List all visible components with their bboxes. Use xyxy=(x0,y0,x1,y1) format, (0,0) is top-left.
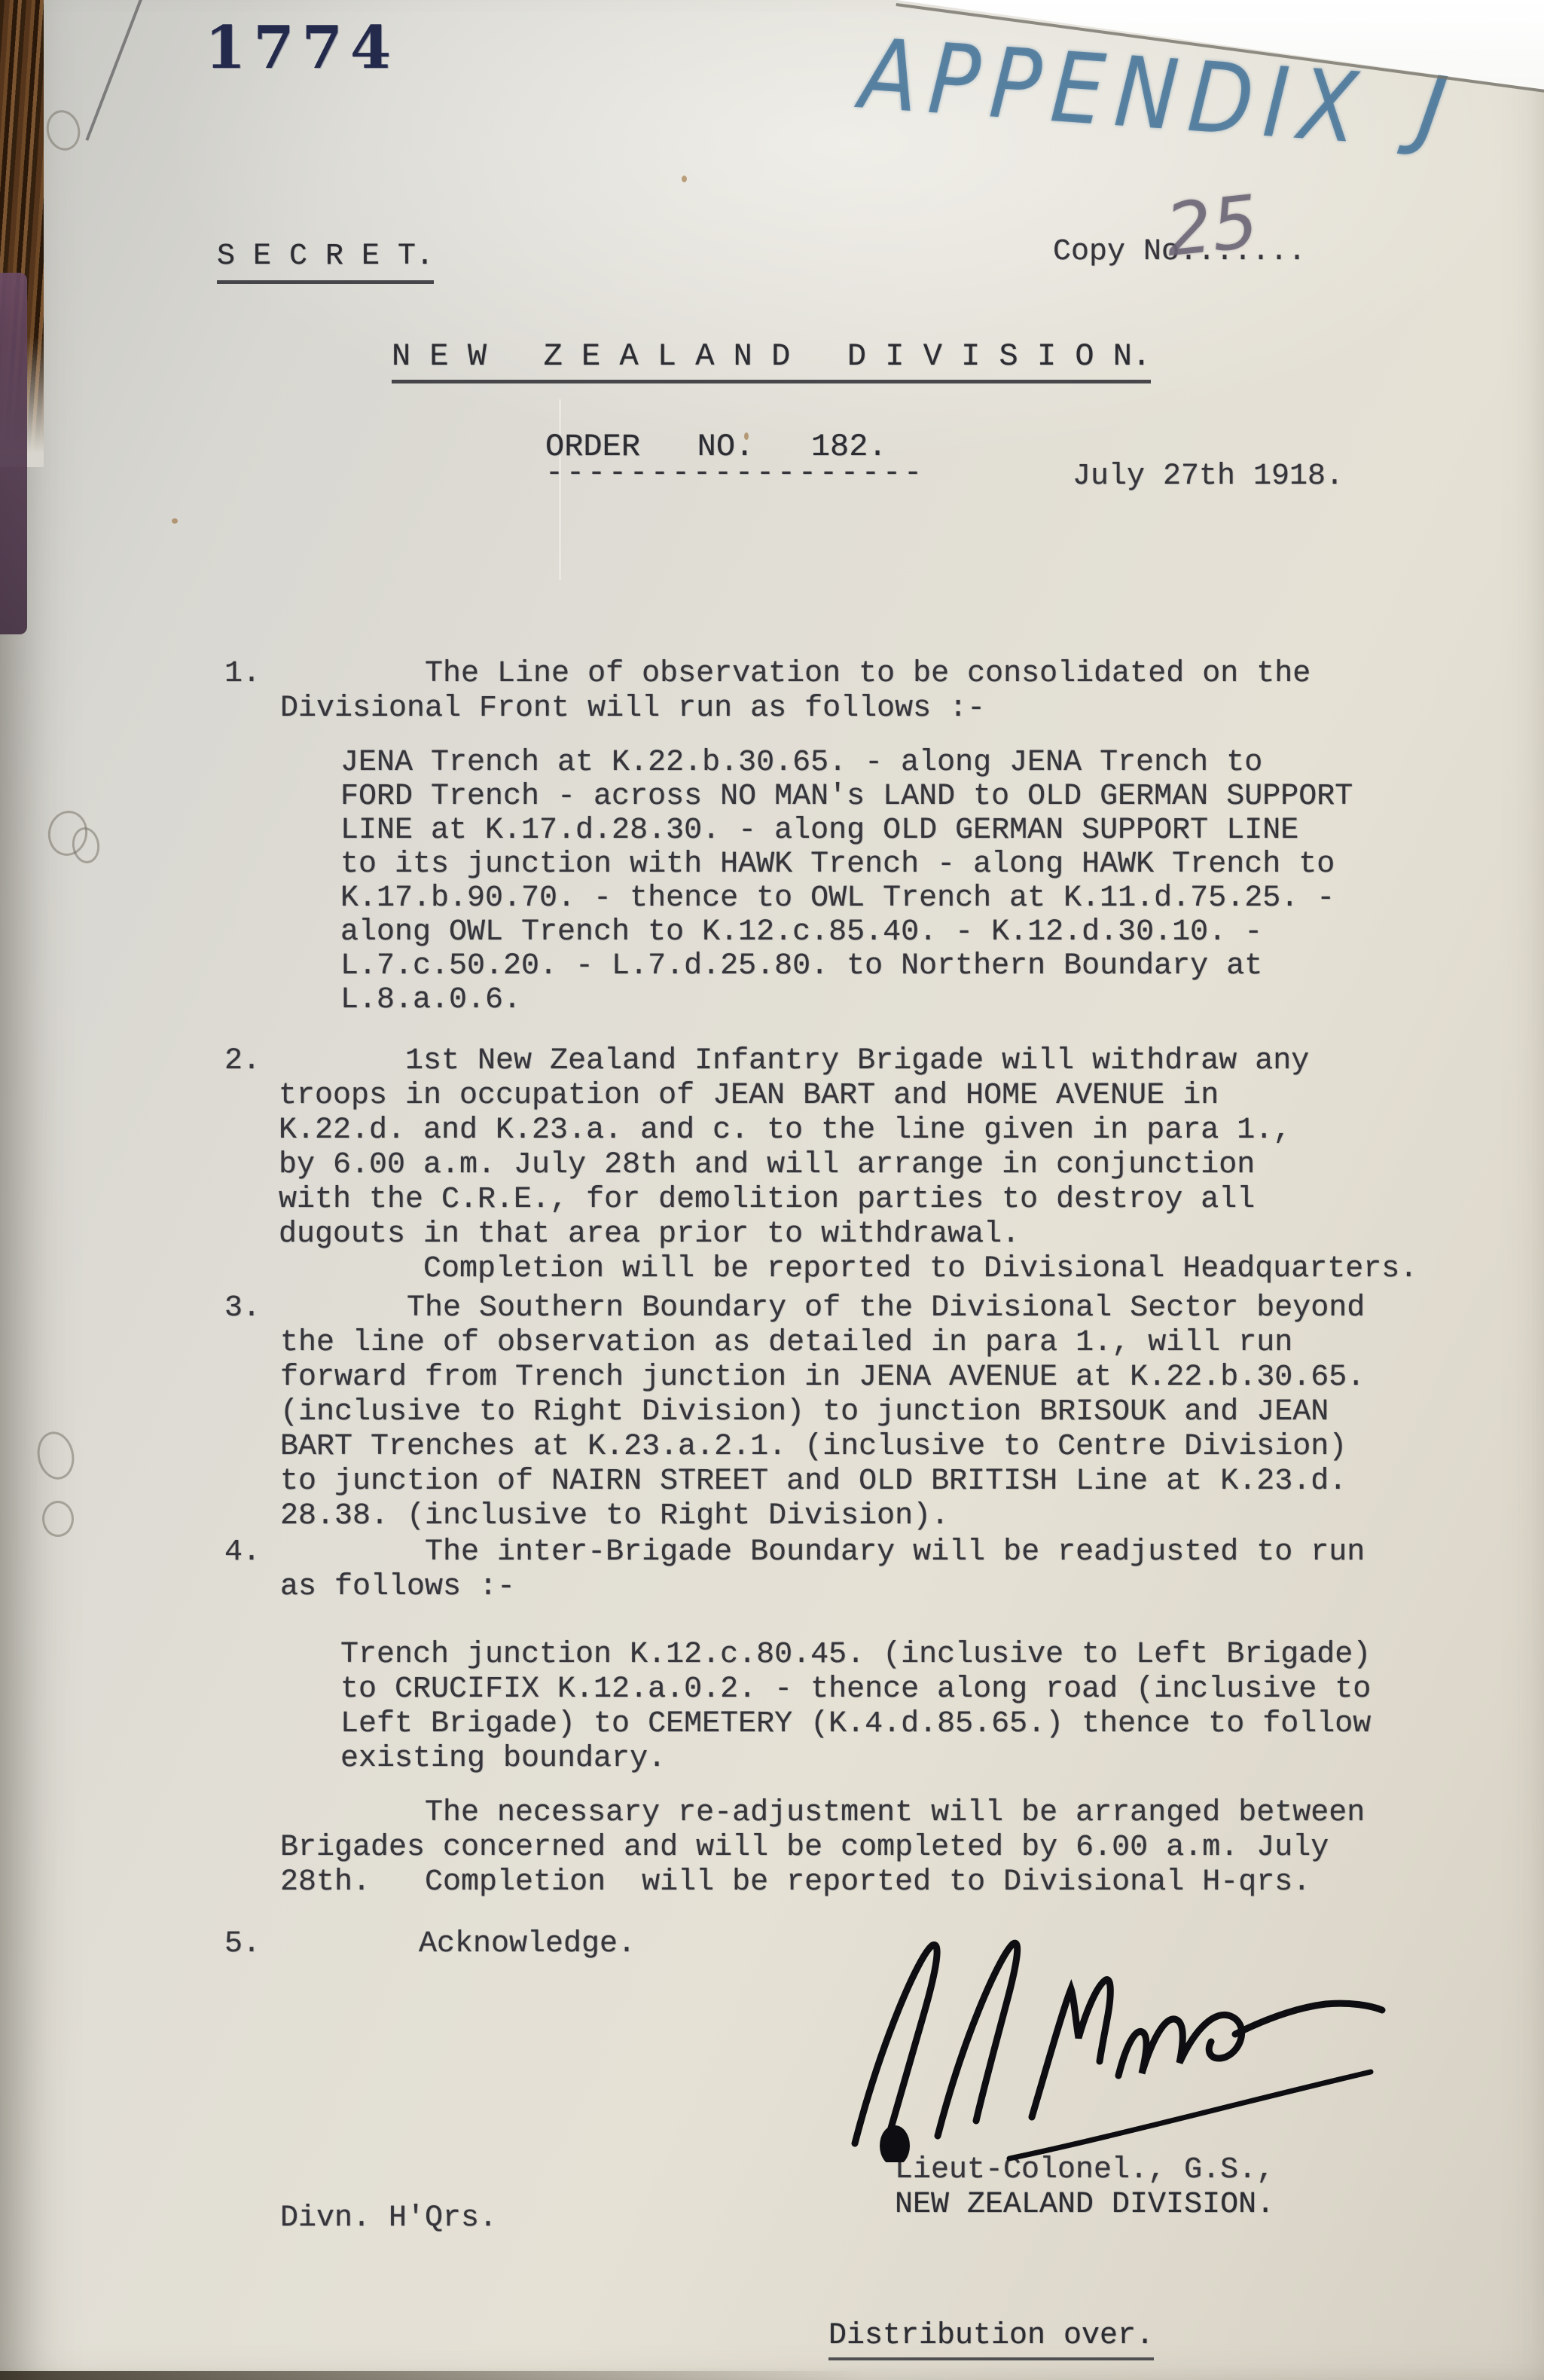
division-title: N E W Z E A L A N D D I V I S I O N. xyxy=(392,339,1151,383)
punch-hole-mark xyxy=(33,1428,78,1483)
para-4-text: The inter-Brigade Boundary will be readj… xyxy=(280,1535,1365,1605)
para-4-boundary-route: Trench junction K.12.c.80.45. (inclusive… xyxy=(340,1638,1371,1777)
origin-divn-hqrs: Divn. H'Qrs. xyxy=(280,2201,497,2236)
order-underline: ------------------ xyxy=(545,457,925,491)
para-1-number: 1. xyxy=(224,657,261,692)
ink-blot xyxy=(880,2125,910,2162)
pencil-slash-mark xyxy=(85,0,143,141)
classification-secret: S E C R E T. xyxy=(217,240,434,284)
para-2-text: 1st New Zealand Infantry Brigade will wi… xyxy=(279,1044,1417,1287)
handwritten-signature xyxy=(783,1914,1393,2162)
scanned-document-page: 1774 APPENDIX J 78 S E C R E T. Copy No.… xyxy=(0,0,1544,2380)
distribution-note: Distribution over. xyxy=(828,2319,1154,2360)
stamp-1774: 1774 xyxy=(205,14,398,82)
stain-dot xyxy=(172,518,178,524)
punch-hole-mark xyxy=(42,1501,74,1537)
para-5-number: 5. xyxy=(224,1927,261,1962)
para-3-text: The Southern Boundary of the Divisional … xyxy=(280,1291,1365,1534)
stain-dot xyxy=(682,176,687,182)
copy-no-value: 25 xyxy=(1161,179,1262,273)
para-1-trench-route: JENA Trench at K.22.b.30.65. - along JEN… xyxy=(340,746,1353,1017)
para-2-number: 2. xyxy=(224,1044,261,1079)
order-date: July 27th 1918. xyxy=(1073,460,1344,494)
para-1-text: The Line of observation to be consolidat… xyxy=(280,657,1311,726)
para-4-number: 4. xyxy=(224,1535,261,1570)
punch-hole-mark xyxy=(42,106,84,154)
para-5-text: Acknowledge. xyxy=(419,1927,636,1962)
purple-binding-strip xyxy=(0,273,27,634)
signatory-unit: NEW ZEALAND DIVISION. xyxy=(895,2188,1274,2223)
para-3-number: 3. xyxy=(224,1291,261,1326)
bottom-edge-shadow xyxy=(0,2371,866,2380)
para-4-completion-text: The necessary re-adjustment will be arra… xyxy=(280,1796,1365,1900)
